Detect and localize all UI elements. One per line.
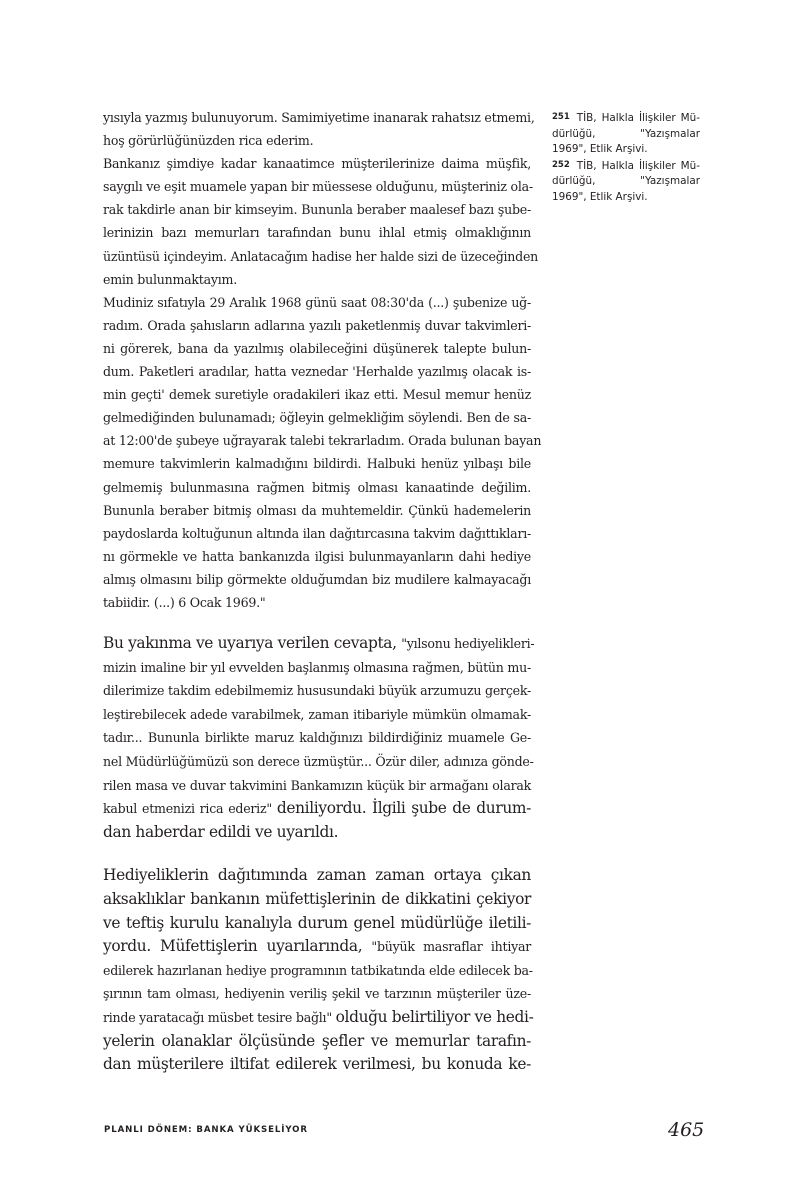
paragraph-line: leştirebilecek adede varabilmek, zaman i… xyxy=(103,703,531,727)
inline-quote: şırının tam olması, hediyenin veriliş şe… xyxy=(103,986,531,1001)
paragraph-line: mizin imaline bir yıl evvelden başlanmış… xyxy=(103,656,531,680)
paragraph-line: rinde yaratacağı müsbet tesire bağlı" ol… xyxy=(103,1006,531,1030)
quote-line: saygılı ve eşit muamele yapan bir müesse… xyxy=(103,175,531,198)
inline-quote: leştirebilecek adede varabilmek, zaman i… xyxy=(103,707,531,722)
inline-quote: tadır... Bununla birlikte maruz kaldığın… xyxy=(103,730,531,745)
footnote-text: TİB, Halkla İlişkiler Mü- xyxy=(577,112,700,124)
paragraph-line: rilen masa ve duvar takvimini Bankamızın… xyxy=(103,774,531,798)
quote-line: üzüntüsü içindeyim. Anlatacağım hadise h… xyxy=(103,245,531,268)
quote-line: Bununla beraber bitmiş olması da muhteme… xyxy=(103,499,531,522)
paragraph-line: yelerin olanaklar ölçüsünde şefler ve me… xyxy=(103,1030,531,1054)
paragraph-line: dilerimize takdim edebilmemiz hususundak… xyxy=(103,679,531,703)
paragraph-line: ve teftiş kurulu kanalıyla durum genel m… xyxy=(103,912,531,936)
paragraph-line: Bu yakınma ve uyarıya verilen cevapta, "… xyxy=(103,632,531,656)
inline-quote: nel Müdürlüğümüzü son derece üzmüştür...… xyxy=(103,754,534,769)
body-text: olduğu belirtiliyor ve hedi- xyxy=(336,1008,534,1026)
quote-line: almış olmasını bilip görmekte olduğumdan… xyxy=(103,568,531,591)
footnote-text: 1969", Etlik Arşivi. xyxy=(552,191,648,203)
body-text: aksaklıklar bankanın müfettişlerinin de … xyxy=(103,890,531,908)
quote-line: Bankanız şimdiye kadar kanaatimce müşter… xyxy=(103,152,531,175)
quote-line: paydoslarda koltuğunun altında ilan dağı… xyxy=(103,522,531,545)
body-paragraph-response: Bu yakınma ve uyarıya verilen cevapta, "… xyxy=(103,632,531,844)
inline-quote: rinde yaratacağı müsbet tesire bağlı" xyxy=(103,1010,336,1025)
footnote-number: 251 xyxy=(552,112,570,122)
inline-quote: "büyük masraflar ihtiyar xyxy=(371,939,531,954)
paragraph-line: dan haberdar edildi ve uyarıldı. xyxy=(103,821,531,845)
running-footer-title: PLANLI DÖNEM: BANKA YÜKSELİYOR xyxy=(104,1125,308,1135)
body-text: yordu. Müfettişlerin uyarılarında, xyxy=(103,937,371,955)
paragraph-line: Hediyeliklerin dağıtımında zaman zaman o… xyxy=(103,864,531,888)
body-text: yelerin olanaklar ölçüsünde şefler ve me… xyxy=(103,1032,531,1050)
paragraph-line: kabul etmenizi rica ederiz" deniliyordu.… xyxy=(103,797,531,821)
paragraph-line: şırının tam olması, hediyenin veriliş şe… xyxy=(103,982,531,1006)
margin-footnotes: 251 TİB, Halkla İlişkiler Mü- dürlüğü, "… xyxy=(552,110,700,205)
body-text: Bu yakınma ve uyarıya verilen cevapta, xyxy=(103,634,401,652)
quote-line: hoş görürlüğünüzden rica ederim. xyxy=(103,129,531,152)
quote-line: rak takdirle anan bir kimseyim. Bununla … xyxy=(103,198,531,221)
paragraph-line: yordu. Müfettişlerin uyarılarında, "büyü… xyxy=(103,935,531,959)
quote-line: gelmediğinden bulunamadı; öğleyin gelmek… xyxy=(103,406,531,429)
quote-line: at 12:00'de şubeye uğrayarak talebi tekr… xyxy=(103,429,531,452)
quote-line: nı görmekle ve hatta bankanızda ilgisi b… xyxy=(103,545,531,568)
inline-quote: rilen masa ve duvar takvimini Bankamızın… xyxy=(103,778,531,793)
quote-line: gelmemiş bulunmasına rağmen bitmiş olmas… xyxy=(103,476,531,499)
footnote-text: 1969", Etlik Arşivi. xyxy=(552,143,648,155)
paragraph-line: nel Müdürlüğümüzü son derece üzmüştür...… xyxy=(103,750,531,774)
quote-line: yısıyla yazmış bulunuyorum. Samimiyetime… xyxy=(103,106,531,129)
quote-line: min geçti' demek suretiyle oradakileri i… xyxy=(103,383,531,406)
quote-line: ni görerek, bana da yazılmış olabileceği… xyxy=(103,337,531,360)
quote-line: Mudiniz sıfatıyla 29 Aralık 1968 günü sa… xyxy=(103,291,531,314)
footnote-row: 1969", Etlik Arşivi. xyxy=(552,190,700,206)
footnote-252: 252 TİB, Halkla İlişkiler Mü- dürlüğü, "… xyxy=(552,158,700,206)
footnote-text: dürlüğü, "Yazışmalar xyxy=(552,128,700,140)
quote-line: tabiidir. (...) 6 Ocak 1969." xyxy=(103,591,531,614)
body-text: dan haberdar edildi ve uyarıldı. xyxy=(103,823,338,841)
body-paragraph-inspectors: Hediyeliklerin dağıtımında zaman zaman o… xyxy=(103,864,531,1076)
footnote-row: 252 TİB, Halkla İlişkiler Mü- xyxy=(552,158,700,175)
inline-quote: mizin imaline bir yıl evvelden başlanmış… xyxy=(103,660,531,675)
quote-line: radım. Orada şahısların adlarına yazılı … xyxy=(103,314,531,337)
footnote-row: dürlüğü, "Yazışmalar xyxy=(552,127,700,143)
quote-line: emin bulunmaktayım. xyxy=(103,268,531,291)
inline-quote: edilerek hazırlanan hediye programının t… xyxy=(103,963,533,978)
body-text: deniliyordu. İlgili şube de durum- xyxy=(277,799,531,817)
quoted-letter-block: yısıyla yazmış bulunuyorum. Samimiyetime… xyxy=(103,106,531,614)
paragraph-line: dan müşterilere iltifat edilerek verilme… xyxy=(103,1053,531,1077)
footnote-text: TİB, Halkla İlişkiler Mü- xyxy=(577,160,700,172)
footnote-number: 252 xyxy=(552,160,570,170)
body-text: Hediyeliklerin dağıtımında zaman zaman o… xyxy=(103,866,531,884)
main-text-column: yısıyla yazmış bulunuyorum. Samimiyetime… xyxy=(103,106,531,1077)
quote-line: dum. Paketleri aradılar, hatta veznedar … xyxy=(103,360,531,383)
inline-quote: dilerimize takdim edebilmemiz hususundak… xyxy=(103,683,531,698)
footnote-text: dürlüğü, "Yazışmalar xyxy=(552,175,700,187)
paragraph-line: edilerek hazırlanan hediye programının t… xyxy=(103,959,531,983)
quote-line: memure takvimlerin kalmadığını bildirdi.… xyxy=(103,452,531,475)
footnote-row: 251 TİB, Halkla İlişkiler Mü- xyxy=(552,110,700,127)
inline-quote: kabul etmenizi rica ederiz" xyxy=(103,801,277,816)
page-number: 465 xyxy=(668,1119,704,1141)
body-text: dan müşterilere iltifat edilerek verilme… xyxy=(103,1055,531,1073)
body-text: ve teftiş kurulu kanalıyla durum genel m… xyxy=(103,914,531,932)
footnote-row: dürlüğü, "Yazışmalar xyxy=(552,174,700,190)
quote-line: lerinizin bazı memurları tarafından bunu… xyxy=(103,221,531,244)
footnote-251: 251 TİB, Halkla İlişkiler Mü- dürlüğü, "… xyxy=(552,110,700,158)
paragraph-line: tadır... Bununla birlikte maruz kaldığın… xyxy=(103,726,531,750)
inline-quote: "yılsonu hediyelikleri- xyxy=(401,636,534,651)
paragraph-line: aksaklıklar bankanın müfettişlerinin de … xyxy=(103,888,531,912)
footnote-row: 1969", Etlik Arşivi. xyxy=(552,142,700,158)
